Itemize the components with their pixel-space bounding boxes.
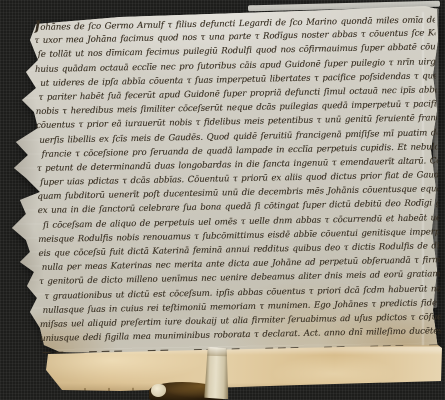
- sealing-tag: [203, 347, 229, 400]
- manuscript-text: Johānes de ſco Germo Arnulf τ filius def…: [34, 12, 441, 360]
